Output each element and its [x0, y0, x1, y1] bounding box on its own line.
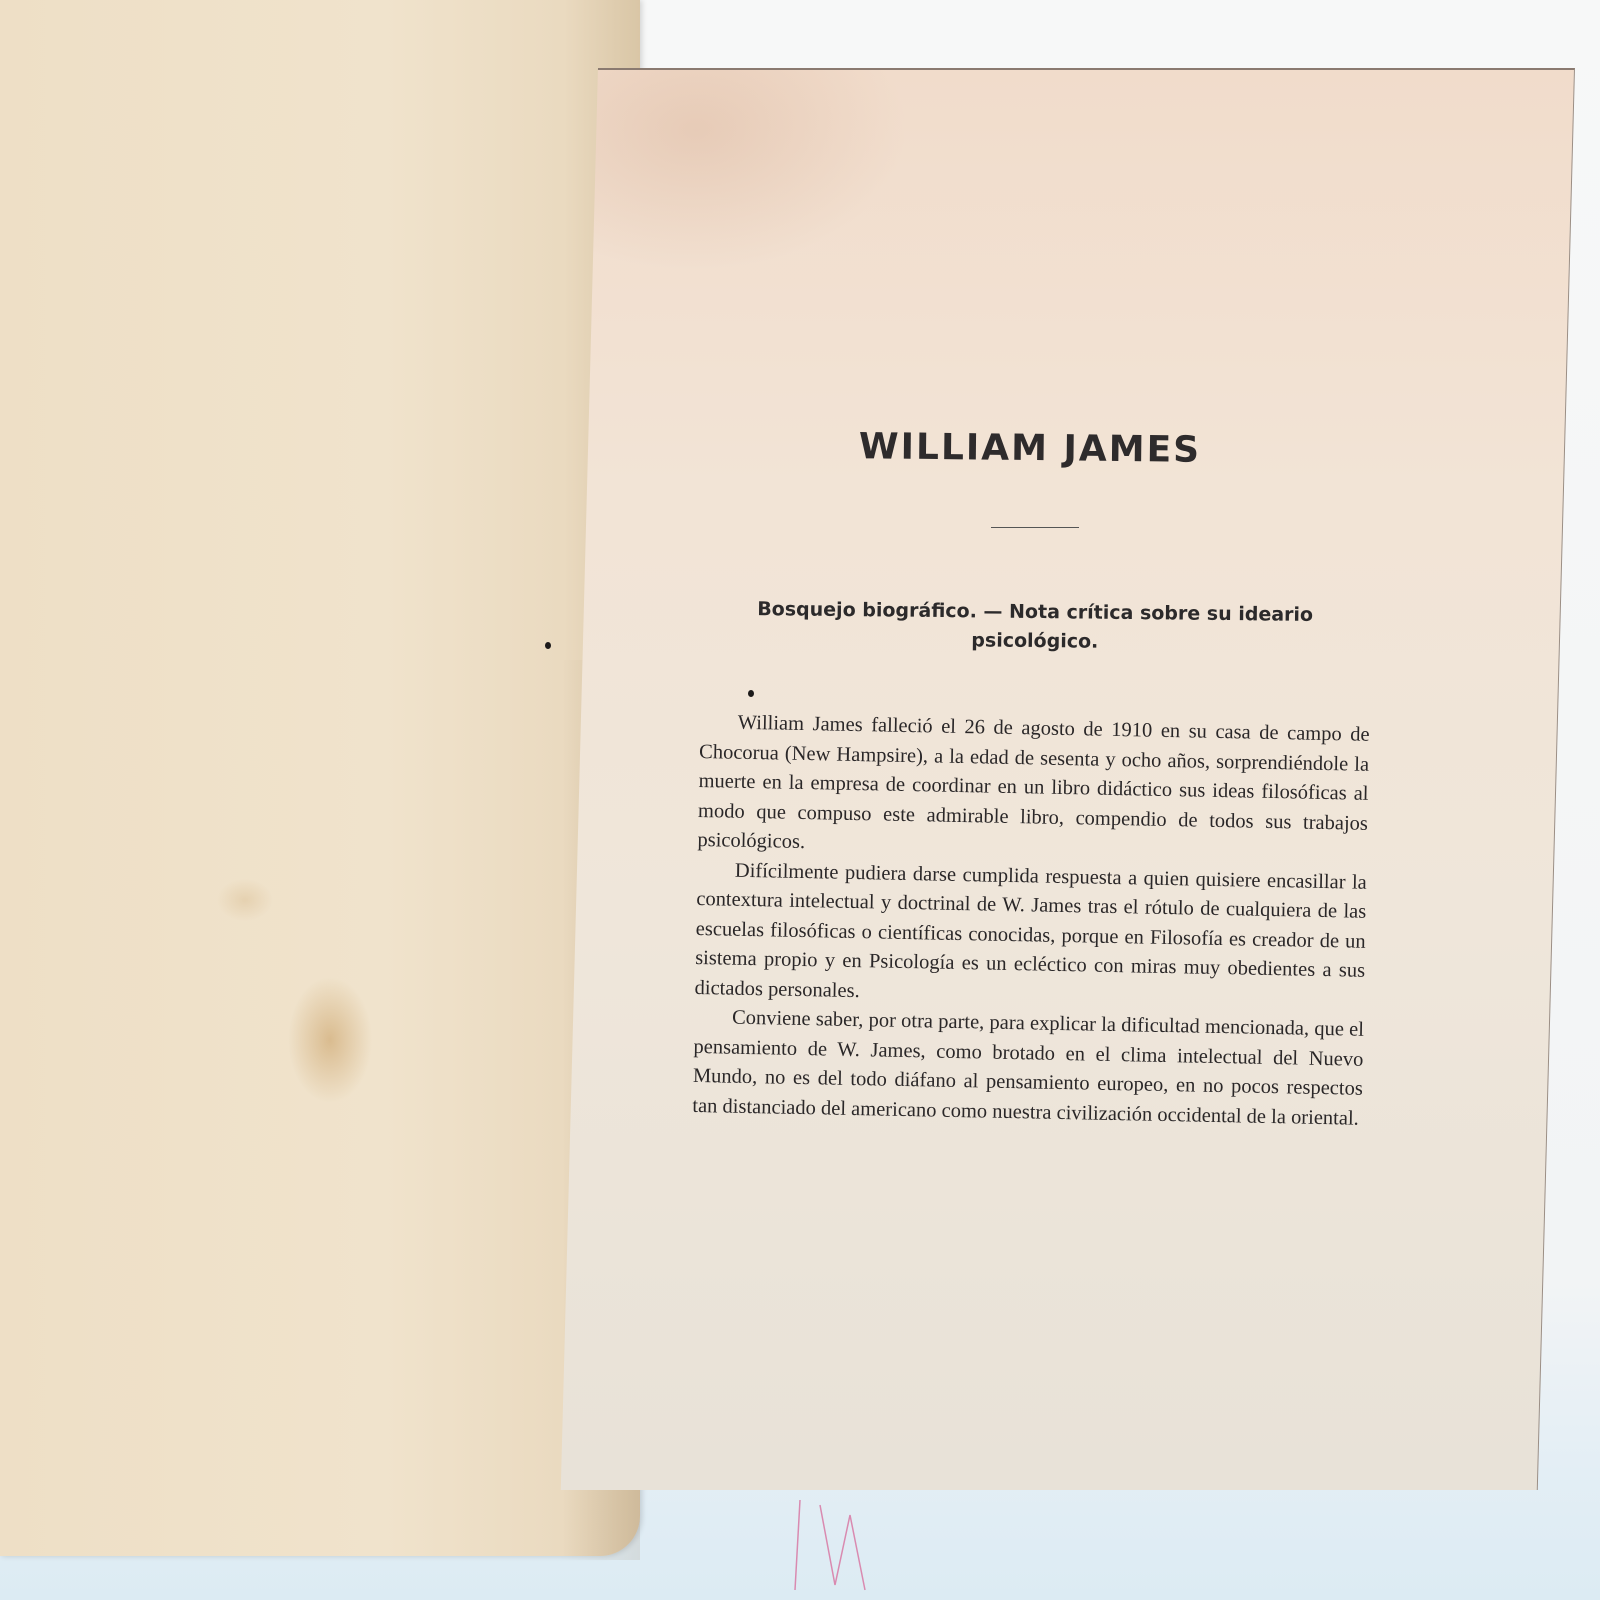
body-text: William James falleció el 26 de agosto d… — [692, 708, 1370, 1134]
left-blank-page — [0, 0, 640, 1556]
paragraph: Difícilmente pudiera darse cumplida resp… — [694, 855, 1367, 1015]
title-divider — [991, 527, 1079, 528]
ink-spot — [545, 642, 551, 649]
page-subtitle: Bosquejo biográfico. — Nota crítica sobr… — [740, 595, 1331, 659]
ink-spot — [748, 690, 754, 697]
page-title: WILLIAM JAMES — [840, 426, 1220, 471]
paragraph: William James falleció el 26 de agosto d… — [697, 708, 1370, 868]
paragraph: Conviene saber, por otra parte, para exp… — [692, 1003, 1364, 1134]
pink-ink-marks — [790, 1495, 910, 1595]
